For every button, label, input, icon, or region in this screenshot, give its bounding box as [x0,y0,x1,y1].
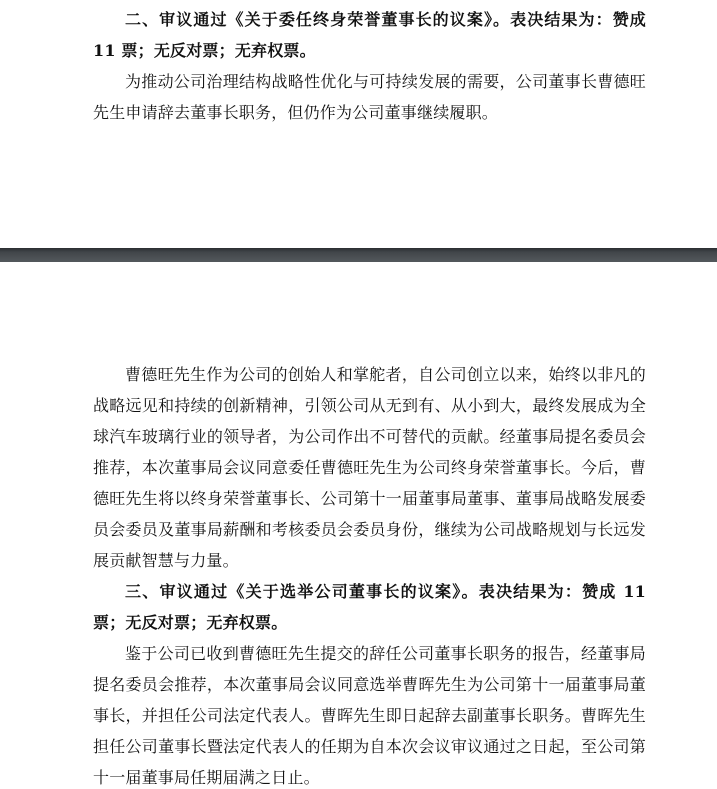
resolution-two-body: 为推动公司治理结构战略性优化与可持续发展的需要，公司董事长曹德旺先生申请辞去董事… [93,66,646,128]
page-top-text: 二、审议通过《关于委任终身荣誉董事长的议案》。表决结果为：赞成 11 票；无反对… [93,4,646,128]
resolution-three-body: 鉴于公司已收到曹德旺先生提交的辞任公司董事长职务的报告，经董事局提名委员会推荐，… [93,638,646,789]
resolution-two-heading: 二、审议通过《关于委任终身荣誉董事长的议案》。表决结果为：赞成 11 票；无反对… [93,4,646,66]
document-page-bottom: 曹德旺先生作为公司的创始人和掌舵者，自公司创立以来，始终以非凡的战略远见和持续的… [0,262,717,789]
page-bottom-text: 曹德旺先生作为公司的创始人和掌舵者，自公司创立以来，始终以非凡的战略远见和持续的… [93,359,646,789]
resolution-three-heading: 三、审议通过《关于选举公司董事长的议案》。表决结果为：赞成 11 票；无反对票；… [93,576,646,638]
document-page-top: 二、审议通过《关于委任终身荣誉董事长的议案》。表决结果为：赞成 11 票；无反对… [0,0,717,248]
honorary-chairman-paragraph: 曹德旺先生作为公司的创始人和掌舵者，自公司创立以来，始终以非凡的战略远见和持续的… [93,359,646,576]
page-break-divider [0,248,717,262]
